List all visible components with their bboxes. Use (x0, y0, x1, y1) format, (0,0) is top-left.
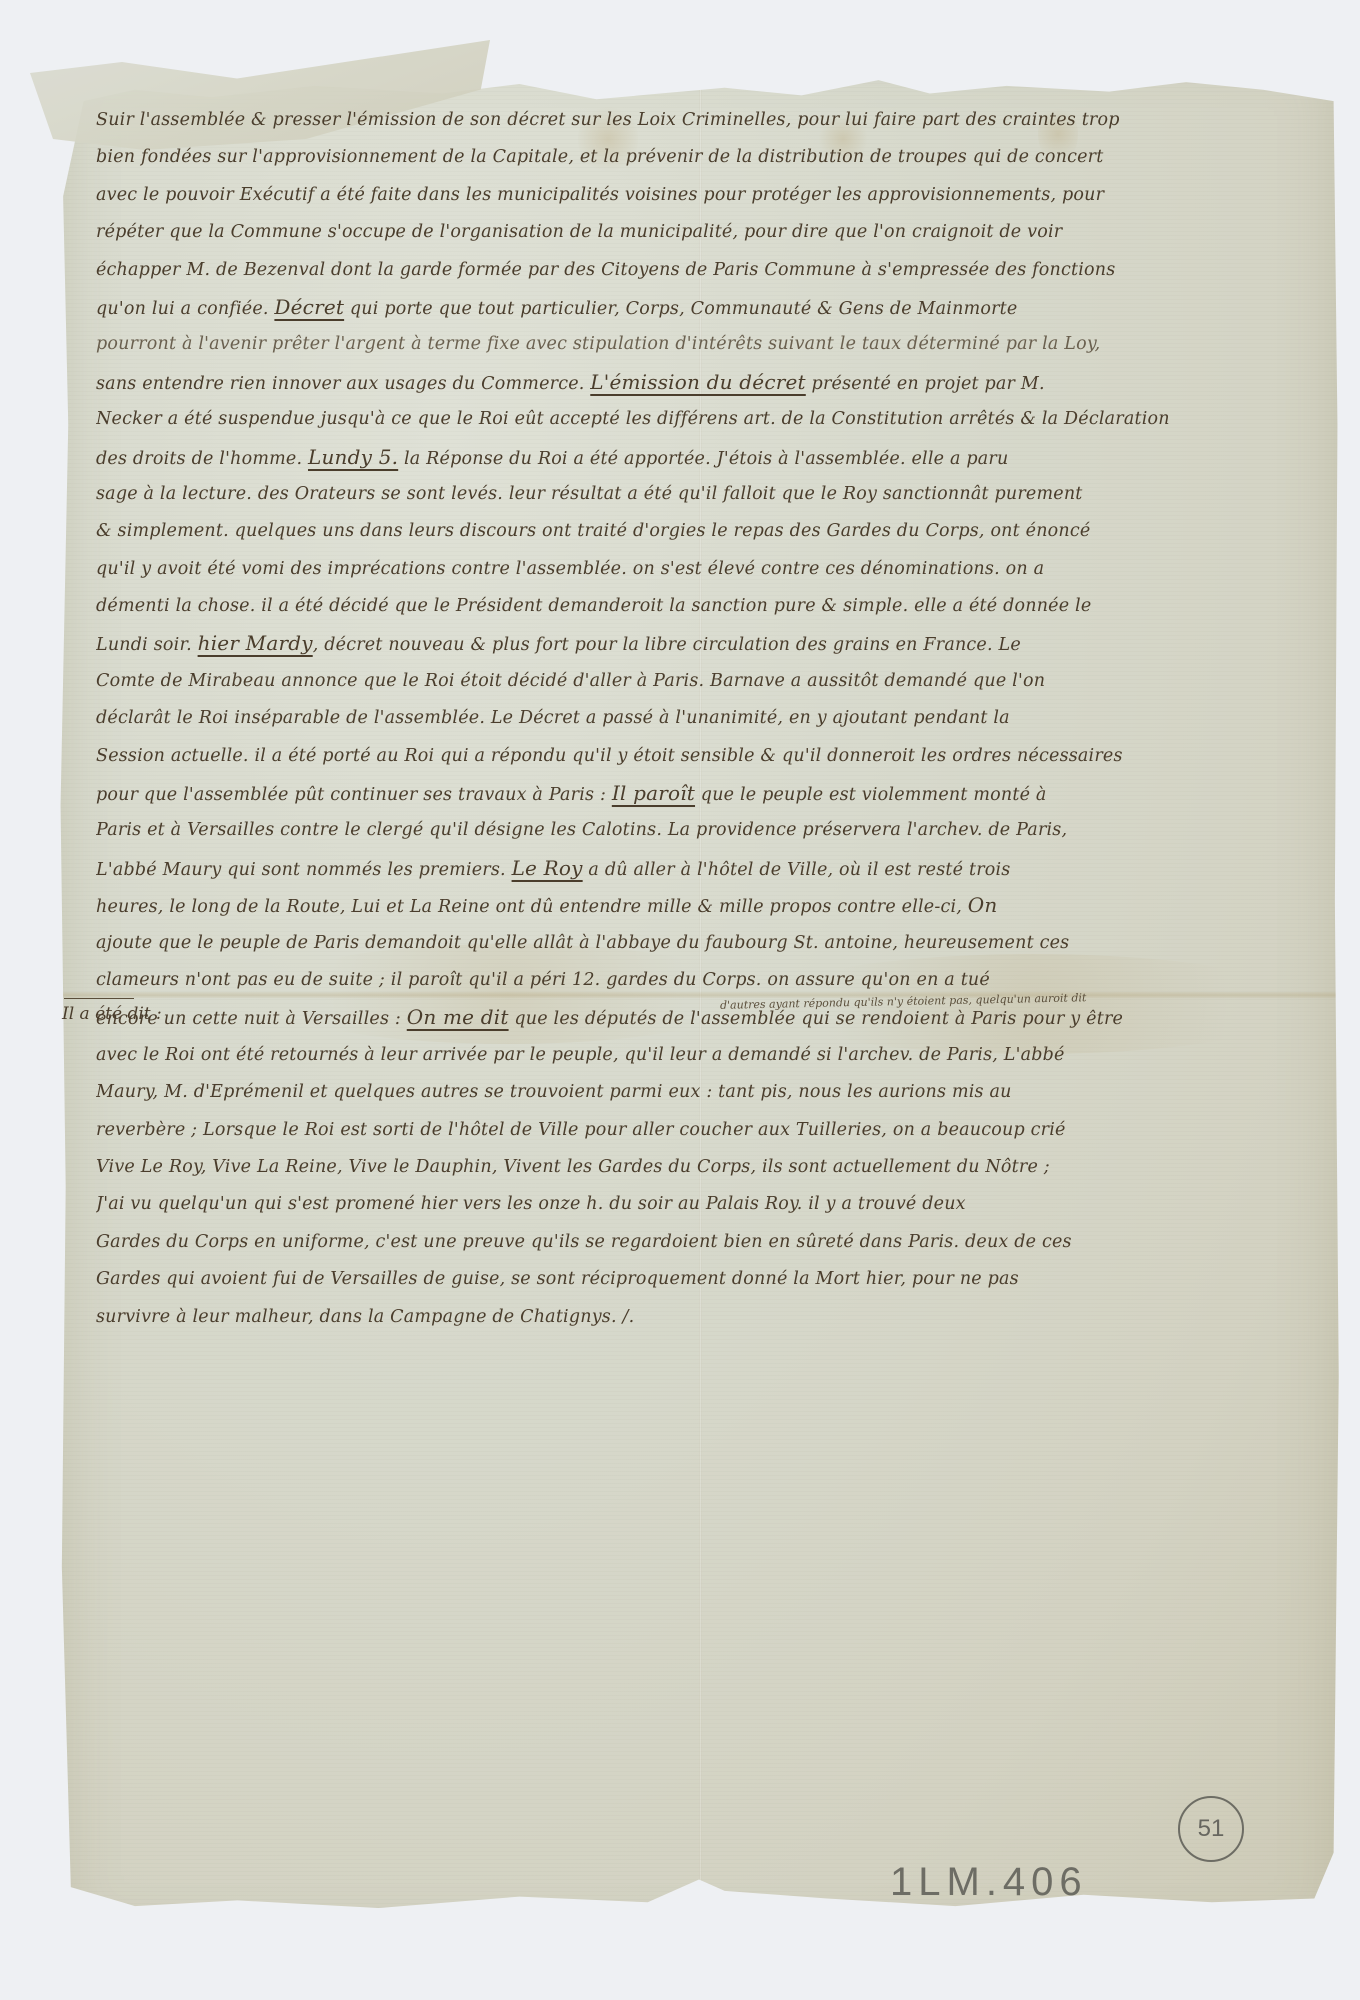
text-line: Gardes du Corps en uniforme, c'est une p… (96, 1224, 1286, 1261)
text-line: des droits de l'homme. Lundy 5. la Répon… (96, 439, 1286, 476)
text-line: encore un cette nuit à Versailles : On m… (96, 999, 1286, 1036)
text-line: déclarât le Roi inséparable de l'assembl… (96, 700, 1286, 737)
text-line: reverbère ; Lorsque le Roi est sorti de … (96, 1112, 1286, 1149)
text-segment: sans entendre rien innover aux usages du… (96, 374, 590, 394)
text-segment: a dû aller à l'hôtel de Ville, où il est… (583, 860, 1011, 880)
text-segment: que le peuple est violemment monté à (695, 785, 1047, 805)
text-line: avec le pouvoir Exécutif a été faite dan… (96, 177, 1286, 214)
underlined-heading: Lundy 5. (308, 445, 398, 469)
text-line: pourront à l'avenir prêter l'argent à te… (96, 326, 1286, 363)
underlined-heading: hier Mardy (198, 631, 313, 655)
text-line: Paris et à Versailles contre le clergé q… (96, 812, 1286, 849)
text-line: pour que l'assemblée pût continuer ses t… (96, 775, 1286, 812)
text-line: Maury, M. d'Eprémenil et quelques autres… (96, 1074, 1286, 1111)
archive-shelfmark: 1LM.406 (890, 1860, 1088, 1905)
text-line: Necker a été suspendue jusqu'à ce que le… (96, 401, 1286, 438)
page-background: Suir l'assemblée & presser l'émission de… (0, 0, 1360, 2000)
text-line: échapper M. de Bezenval dont la garde fo… (96, 252, 1286, 289)
text-line: qu'on lui a confiée. Décret qui porte qu… (96, 289, 1286, 326)
text-line: clameurs n'ont pas eu de suite ; il paro… (96, 962, 1286, 999)
text-line: répéter que la Commune s'occupe de l'org… (96, 214, 1286, 251)
text-line: avec le Roi ont été retournés à leur arr… (96, 1037, 1286, 1074)
underlined-heading: Décret (274, 295, 344, 319)
underlined-heading: On me dit (407, 1005, 509, 1029)
text-line: J'ai vu quelqu'un qui s'est promené hier… (96, 1186, 1286, 1223)
text-line: sage à la lecture. des Orateurs se sont … (96, 476, 1286, 513)
text-line: bien fondées sur l'approvisionnement de … (96, 139, 1286, 176)
text-line: démenti la chose. il a été décidé que le… (96, 588, 1286, 625)
text-segment: qu'on lui a confiée. (96, 299, 274, 319)
text-segment: Lundi soir. (96, 635, 198, 655)
text-segment: heures, le long de la Route, Lui et La R… (96, 897, 968, 917)
text-line: Vive Le Roy, Vive La Reine, Vive le Daup… (96, 1149, 1286, 1186)
margin-note: Il a été dit : (62, 1004, 162, 1024)
text-segment: pour que l'assemblée pût continuer ses t… (96, 785, 612, 805)
underlined-heading: Il paroît (612, 781, 695, 805)
text-line: Gardes qui avoient fui de Versailles de … (96, 1261, 1286, 1298)
text-segment: que les députés de l'assemblée qui se re… (509, 1009, 1123, 1029)
underlined-heading: L'émission du décret (590, 370, 806, 394)
text-segment: la Réponse du Roi a été apportée. J'étoi… (398, 449, 1008, 469)
text-line: Lundi soir. hier Mardy, décret nouveau &… (96, 625, 1286, 662)
text-line: Suir l'assemblée & presser l'émission de… (96, 102, 1286, 139)
text-segment: des droits de l'homme. (96, 449, 308, 469)
margin-insertion-mark (64, 998, 134, 999)
text-line: L'abbé Maury qui sont nommés les premier… (96, 850, 1286, 887)
folio-number-circled: 51 (1178, 1796, 1244, 1862)
text-line: Comte de Mirabeau annonce que le Roi éto… (96, 663, 1286, 700)
text-line: ajoute que le peuple de Paris demandoit … (96, 925, 1286, 962)
text-line: & simplement. quelques uns dans leurs di… (96, 513, 1286, 550)
text-line: heures, le long de la Route, Lui et La R… (96, 887, 1286, 924)
text-segment: L'abbé Maury qui sont nommés les premier… (96, 860, 512, 880)
text-segment: qui porte que tout particulier, Corps, C… (350, 299, 1018, 319)
underlined-heading: Le Roy (512, 856, 583, 880)
text-segment: , décret nouveau & plus fort pour la lib… (313, 635, 1021, 655)
text-line: qu'il y avoit été vomi des imprécations … (96, 551, 1286, 588)
text-line: survivre à leur malheur, dans la Campagn… (96, 1299, 1286, 1336)
text-segment: présenté en projet par M. (806, 374, 1045, 394)
text-line: Session actuelle. il a été porté au Roi … (96, 738, 1286, 775)
text-line: sans entendre rien innover aux usages du… (96, 364, 1286, 401)
emphasized-word: On (968, 893, 998, 917)
manuscript-text: Suir l'assemblée & presser l'émission de… (96, 102, 1286, 1336)
